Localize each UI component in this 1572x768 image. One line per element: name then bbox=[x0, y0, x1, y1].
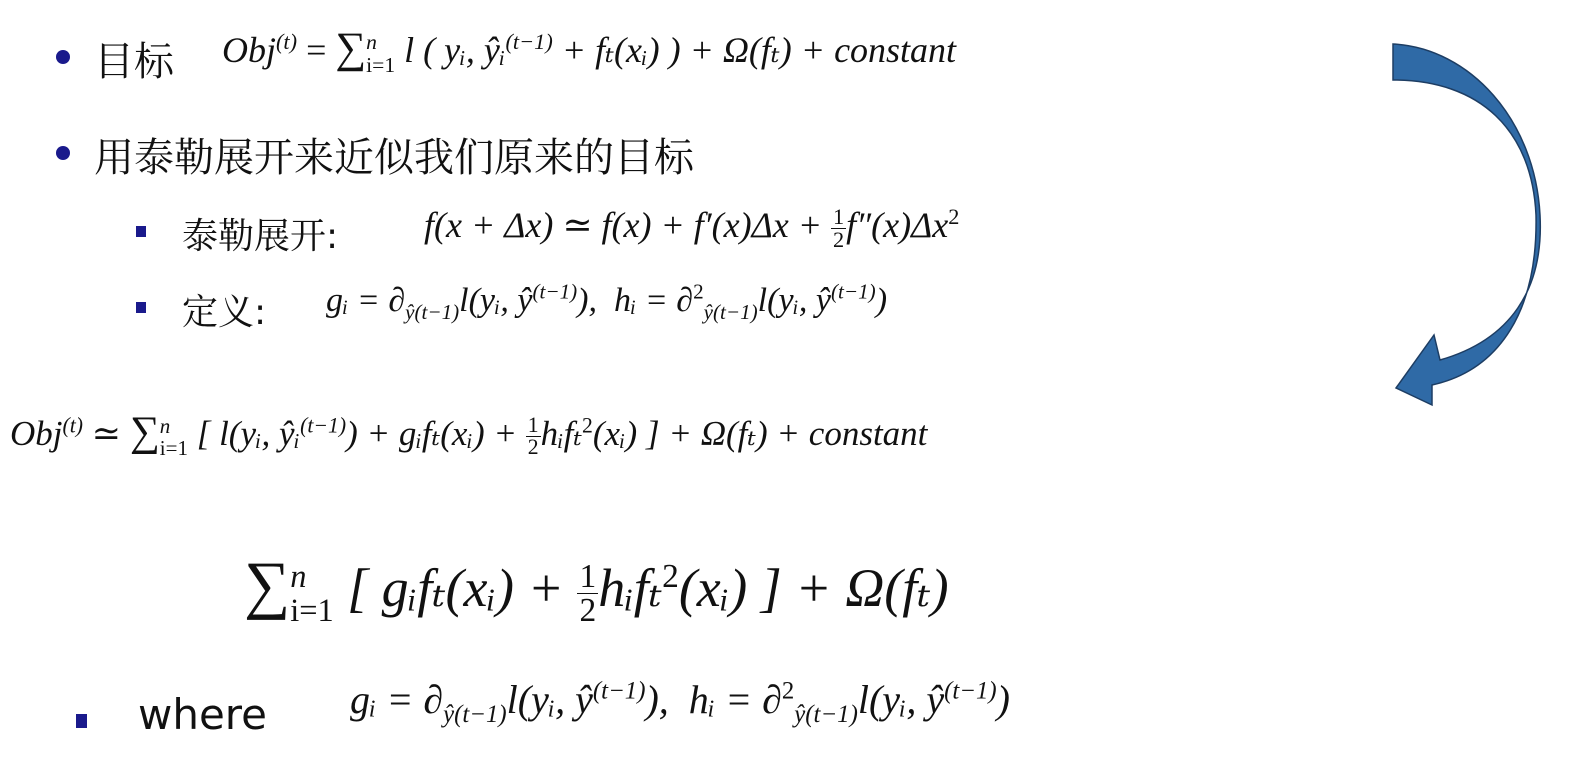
simplified-objective-formula: ∑ni=1 [ gᵢfₜ(xᵢ) + 12hᵢfₜ2(xᵢ) ] + Ω(fₜ) bbox=[244, 548, 949, 628]
taylor-formula: f(x + Δx) ≃ f(x) + f′(x)Δx + 12f″(x)Δx2 bbox=[424, 204, 959, 252]
taylor-label: 泰勒展开: bbox=[182, 208, 338, 259]
curved-arrow-icon bbox=[1360, 30, 1572, 420]
sub-bullet-square bbox=[136, 226, 146, 237]
approx-objective-formula: Obj(t) ≃ ∑ni=1 [ l(yᵢ, ŷᵢ(t−1)) + gᵢfₜ(x… bbox=[10, 408, 927, 459]
definition-formula: gᵢ = ∂ŷ(t−1)l(yᵢ, ŷ(t−1)), hᵢ = ∂2ŷ(t−1)… bbox=[326, 282, 887, 320]
sub-bullet-square bbox=[136, 302, 146, 313]
objective-formula: Obj(t) = ∑ni=1 l ( yᵢ, ŷᵢ(t−1) + fₜ(xᵢ) … bbox=[222, 24, 956, 76]
where-label: where bbox=[138, 690, 267, 739]
bullet-taylor-heading: 用泰勒展开来近似我们原来的目标 bbox=[94, 126, 694, 183]
bullet-dot bbox=[56, 146, 70, 160]
bullet-dot bbox=[56, 50, 70, 64]
sub-bullet-square bbox=[76, 714, 87, 728]
definition-label: 定义: bbox=[182, 284, 266, 335]
bullet-objective-label: 目标 bbox=[94, 30, 174, 87]
where-formula: gᵢ = ∂ŷ(t−1)l(yᵢ, ŷ(t−1)), hᵢ = ∂2ŷ(t−1)… bbox=[350, 676, 1010, 723]
